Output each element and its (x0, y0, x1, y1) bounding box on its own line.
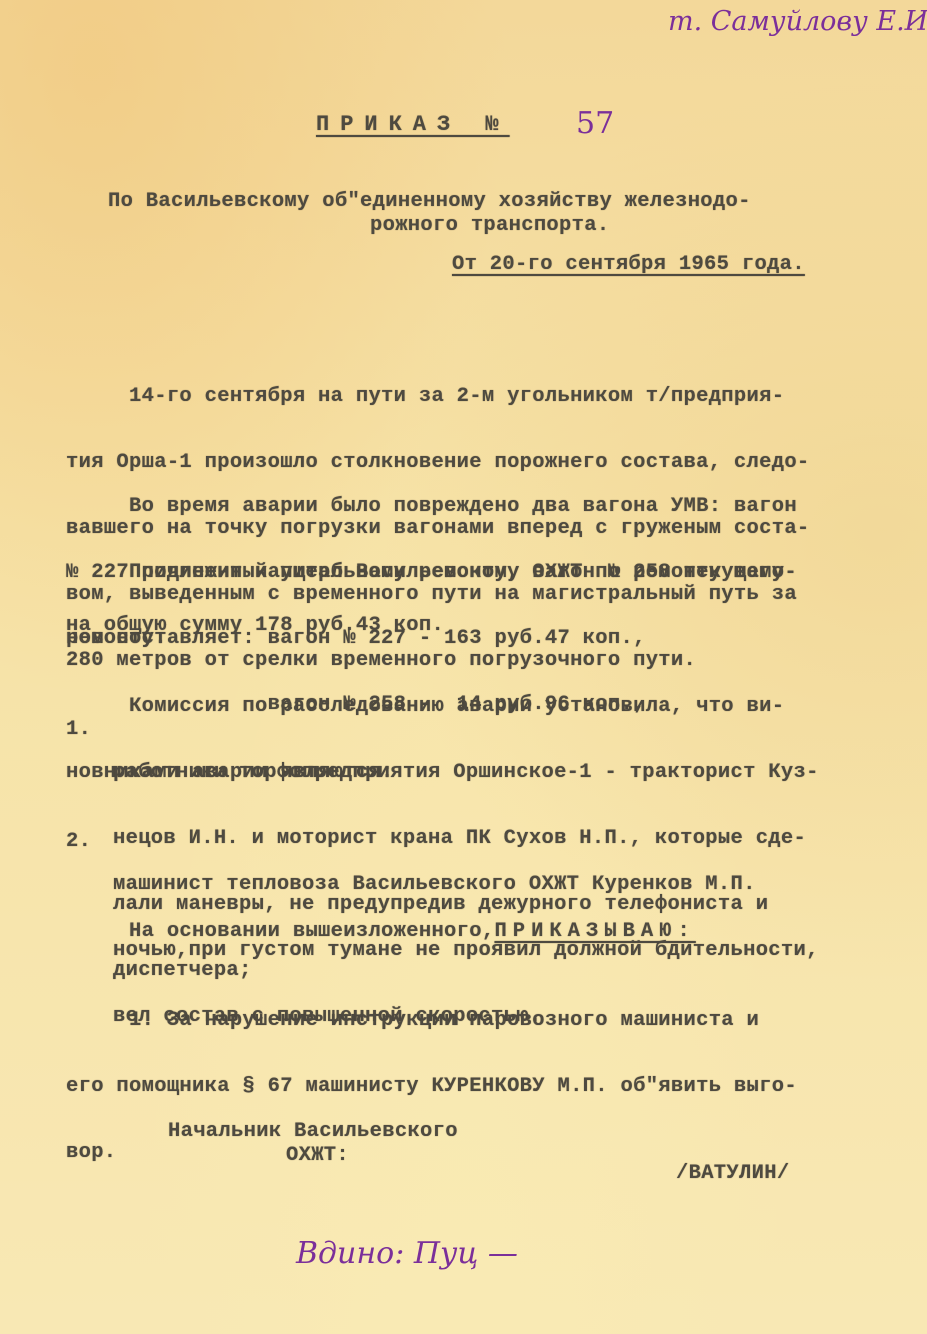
text-line: работники торфопредприятия Оршинское-1 -… (113, 762, 819, 784)
text-line: Во время аварии было повреждено два ваго… (66, 496, 797, 518)
signature-name: /ВАТУЛИН/ (676, 1162, 789, 1185)
order-word: ПРИКАЗЫВАЮ: (494, 920, 695, 943)
text-line: 1. За нарушение инструкции паровозного м… (66, 1010, 797, 1032)
subtitle-line-2: рожного транспорта. (370, 214, 609, 237)
handwritten-addressee: т. Самуйлову Е.И. (668, 6, 927, 37)
text-line: Комиссия по расследованию аварии установ… (66, 696, 784, 718)
document-title: ПРИКАЗ № (316, 112, 510, 137)
document-date: От 20-го сентября 1965 года. (452, 253, 805, 276)
order-number: 57 (576, 106, 614, 141)
culprit-2-number: 2. (66, 830, 91, 853)
text-line: ночью,при густом тумане не проявил должн… (113, 940, 819, 962)
text-line: 14-го сентября на пути за 2-м угольником… (66, 386, 810, 408)
subtitle-line-1: По Васильевскому об"единенному хозяйству… (108, 190, 751, 213)
text-line: машинист тепловоза Васильевского ОХЖТ Ку… (113, 874, 819, 896)
signature-position-1: Начальник Васильевского (168, 1120, 458, 1143)
handwritten-note: Вдино: Пуц — (296, 1236, 518, 1271)
basis-line: На основании вышеизложенного,ПРИКАЗЫВАЮ: (66, 920, 696, 943)
text-line: вор. (66, 1142, 797, 1164)
total-sum: на общую сумму 178 руб.43 коп. (66, 614, 444, 637)
text-line: Причиненный ущерб Васильевскому ОХЖТ по … (66, 562, 797, 584)
signature-position-2: ОХЖТ: (286, 1144, 349, 1167)
text-line: его помощника § 67 машинисту КУРЕНКОВУ М… (66, 1076, 797, 1098)
culprit-1-number: 1. (66, 718, 91, 741)
basis-text: На основании вышеизложенного, (66, 920, 494, 943)
document-page: т. Самуйлову Е.И. ПРИКАЗ № 57 По Василье… (0, 0, 927, 1334)
